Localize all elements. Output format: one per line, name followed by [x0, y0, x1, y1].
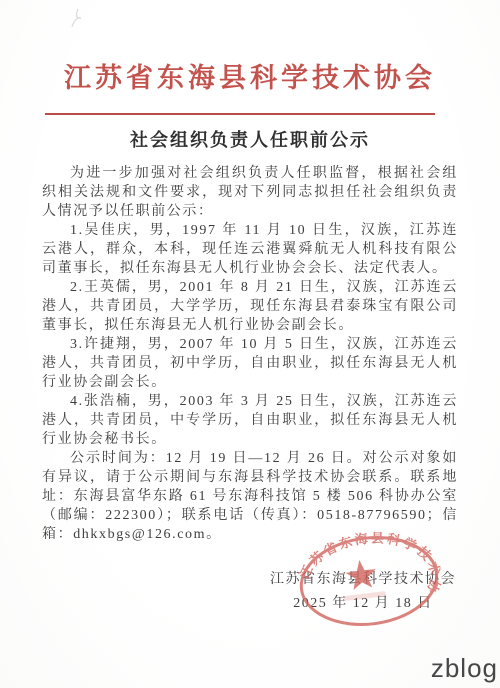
document-body: 为进一步加强对社会组织负责人任职监督，根据社会组织相关法规和文件要求，现对下列同…: [42, 164, 458, 544]
site-watermark: zblog: [431, 653, 498, 684]
candidate-3-paragraph: 3.许捷翔，男，2007 年 10 月 5 日生，汉族，江苏连云港人，共青团员，…: [42, 335, 458, 392]
signature-block: 江苏省东海县科学技术协会 2025 年 12 月 18 日: [270, 568, 456, 616]
signature-org: 江苏省东海县科学技术协会: [270, 568, 456, 592]
org-header-title: 江苏省东海县科学技术协会: [0, 56, 500, 95]
signature-date: 2025 年 12 月 18 日: [270, 592, 456, 616]
document-page: 江苏省东海县科学技术协会 社会组织负责人任职前公示 为进一步加强对社会组织负责人…: [0, 0, 500, 688]
contact-notice-paragraph: 公示时间为：12 月 19 日—12 月 26 日。对公示对象如有异议，请于公示…: [42, 449, 458, 544]
document-title: 社会组织负责人任职前公示: [0, 126, 500, 152]
candidate-4-paragraph: 4.张浩楠，男，2003 年 3 月 25 日生，汉族，江苏连云港人，共青团员，…: [42, 392, 458, 449]
header-divider-line: [45, 113, 435, 115]
candidate-2-paragraph: 2.王英儒，男，2001 年 8 月 21 日生，汉族，江苏连云港人，共青团员，…: [42, 278, 458, 335]
pen-scribble-mark: [66, 6, 92, 32]
candidate-1-paragraph: 1.吴佳庆，男，1997 年 11 月 10 日生，汉族，江苏连云港人，群众，本…: [42, 221, 458, 278]
intro-paragraph: 为进一步加强对社会组织负责人任职监督，根据社会组织相关法规和文件要求，现对下列同…: [42, 164, 458, 221]
